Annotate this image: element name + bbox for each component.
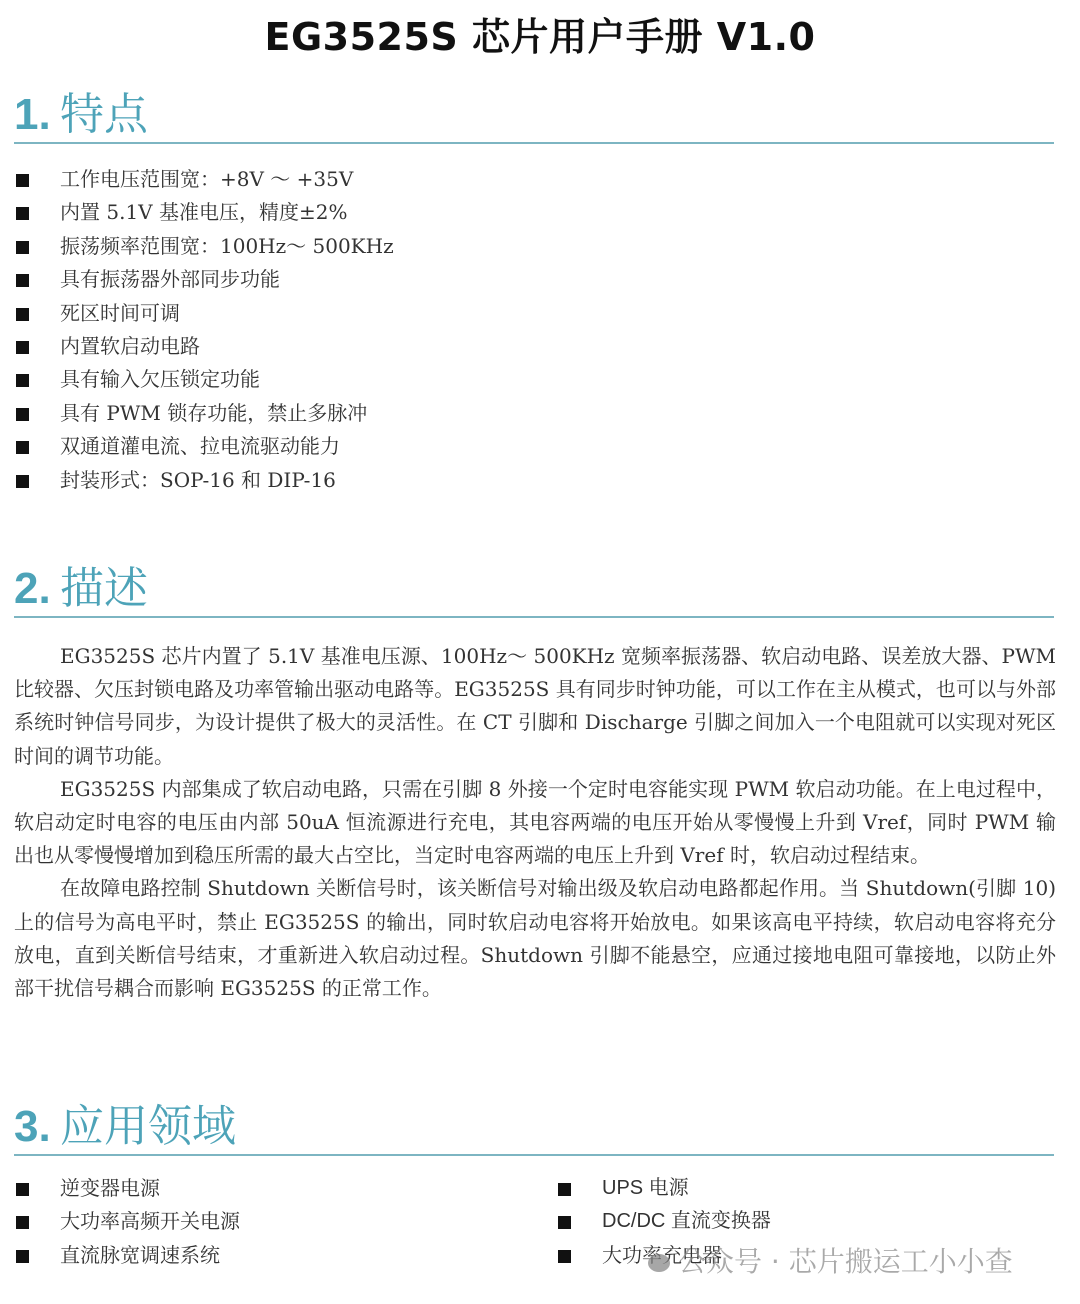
watermark-text: 公众号 · 芯片搬运工小小查 xyxy=(678,1245,1013,1278)
bullet-square-icon xyxy=(16,341,29,354)
bullet-square-icon xyxy=(558,1250,571,1263)
section-number: 3. xyxy=(14,1102,51,1152)
bullet-square-icon xyxy=(16,1250,29,1263)
bullet-square-icon xyxy=(558,1216,571,1229)
bullet-square-icon xyxy=(16,1183,29,1196)
paragraph: EG3525S 芯片内置了 5.1V 基准电压源、100Hz～ 500KHz 宽… xyxy=(14,640,1056,773)
bullet-square-icon xyxy=(16,475,29,488)
section-number: 2. xyxy=(14,564,51,614)
bullet-square-icon xyxy=(558,1183,571,1196)
section-title: 特点 xyxy=(60,78,148,142)
paragraph: 在故障电路控制 Shutdown 关断信号时，该关断信号对输出级及软启动电路都起… xyxy=(14,872,1056,1005)
bullet-square-icon xyxy=(16,374,29,387)
bullet-square-icon xyxy=(16,441,29,454)
section-number: 1. xyxy=(14,90,51,140)
bullet-square-icon xyxy=(16,274,29,287)
bullet-square-icon xyxy=(16,308,29,321)
section-heading-applications: 3. 应用领域 xyxy=(14,1096,1054,1156)
bullet-square-icon xyxy=(16,241,29,254)
bullet-square-icon xyxy=(16,174,29,187)
description-body: EG3525S 芯片内置了 5.1V 基准电压源、100Hz～ 500KHz 宽… xyxy=(14,640,1056,1005)
watermark: 公众号 · 芯片搬运工小小查 xyxy=(648,1240,1013,1280)
section-heading-description: 2. 描述 xyxy=(14,558,1054,618)
section-heading-features: 1. 特点 xyxy=(14,84,1054,144)
section-title: 描述 xyxy=(60,552,148,616)
wechat-icon xyxy=(648,1254,670,1272)
paragraph: EG3525S 内部集成了软启动电路，只需在引脚 8 外接一个定时电容能实现 P… xyxy=(14,773,1056,873)
section-title: 应用领域 xyxy=(60,1090,236,1154)
document-title: EG3525S 芯片用户手册 V1.0 xyxy=(0,6,1080,61)
bullet-square-icon xyxy=(16,408,29,421)
bullet-square-icon xyxy=(16,207,29,220)
bullet-square-icon xyxy=(16,1216,29,1229)
